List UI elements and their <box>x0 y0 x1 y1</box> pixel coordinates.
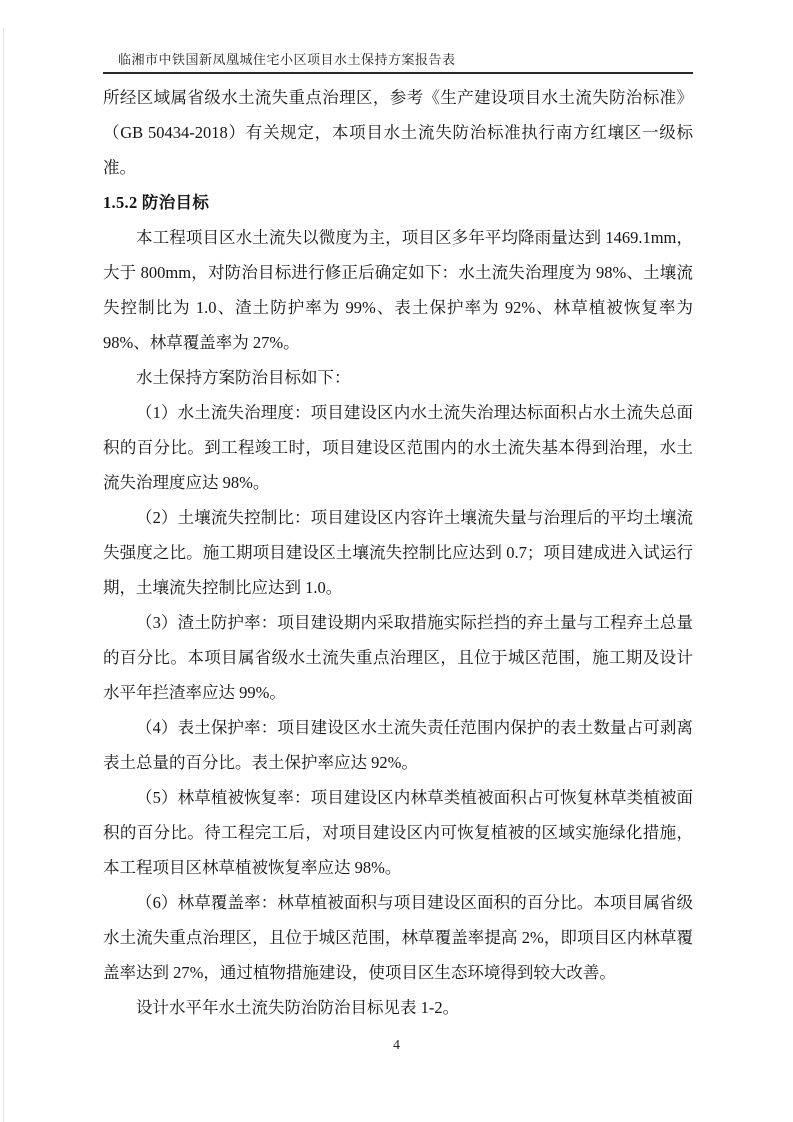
document-body: 所经区域属省级水土流失重点治理区，参考《生产建设项目水土流失防治标准》（GB 5… <box>103 80 693 1025</box>
paragraph-goal-4: （4）表土保护率：项目建设区水土流失责任范围内保护的表土数量占可剥离表土总量的百… <box>103 710 693 780</box>
scan-edge-line <box>3 28 4 1122</box>
paragraph-table-reference: 设计水平年水土流失防治防治目标见表 1-2。 <box>103 990 693 1025</box>
header-title: 临湘市中铁国新凤凰城住宅小区项目水土保持方案报告表 <box>118 52 456 67</box>
page-header: 临湘市中铁国新凤凰城住宅小区项目水土保持方案报告表 <box>103 52 693 74</box>
paragraph-goal-2: （2）土壤流失控制比：项目建设区内容许土壤流失量与治理后的平均土壤流失强度之比。… <box>103 500 693 605</box>
paragraph-overview: 本工程项目区水土流失以微度为主，项目区多年平均降雨量达到 1469.1mm，大于… <box>103 220 693 360</box>
paragraph-goal-5: （5）林草植被恢复率：项目建设区内林草类植被面积占可恢复林草类植被面积的百分比。… <box>103 780 693 885</box>
page-footer: 4 <box>0 1036 793 1056</box>
paragraph-goal-3: （3）渣土防护率：项目建设期内采取措施实际拦挡的弃土量与工程弃土总量的百分比。本… <box>103 605 693 710</box>
paragraph-goal-6: （6）林草覆盖率：林草植被面积与项目建设区面积的百分比。本项目属省级水土流失重点… <box>103 885 693 990</box>
paragraph-intro: 所经区域属省级水土流失重点治理区，参考《生产建设项目水土流失防治标准》（GB 5… <box>103 80 693 185</box>
paragraph-goals-intro: 水土保持方案防治目标如下： <box>103 360 693 395</box>
page-number: 4 <box>393 1038 400 1053</box>
paragraph-goal-1: （1）水土流失治理度：项目建设区内水土流失治理达标面积占水土流失总面积的百分比。… <box>103 395 693 500</box>
section-heading: 1.5.2 防治目标 <box>103 185 693 220</box>
document-page: 临湘市中铁国新凤凰城住宅小区项目水土保持方案报告表 所经区域属省级水土流失重点治… <box>0 0 793 1122</box>
